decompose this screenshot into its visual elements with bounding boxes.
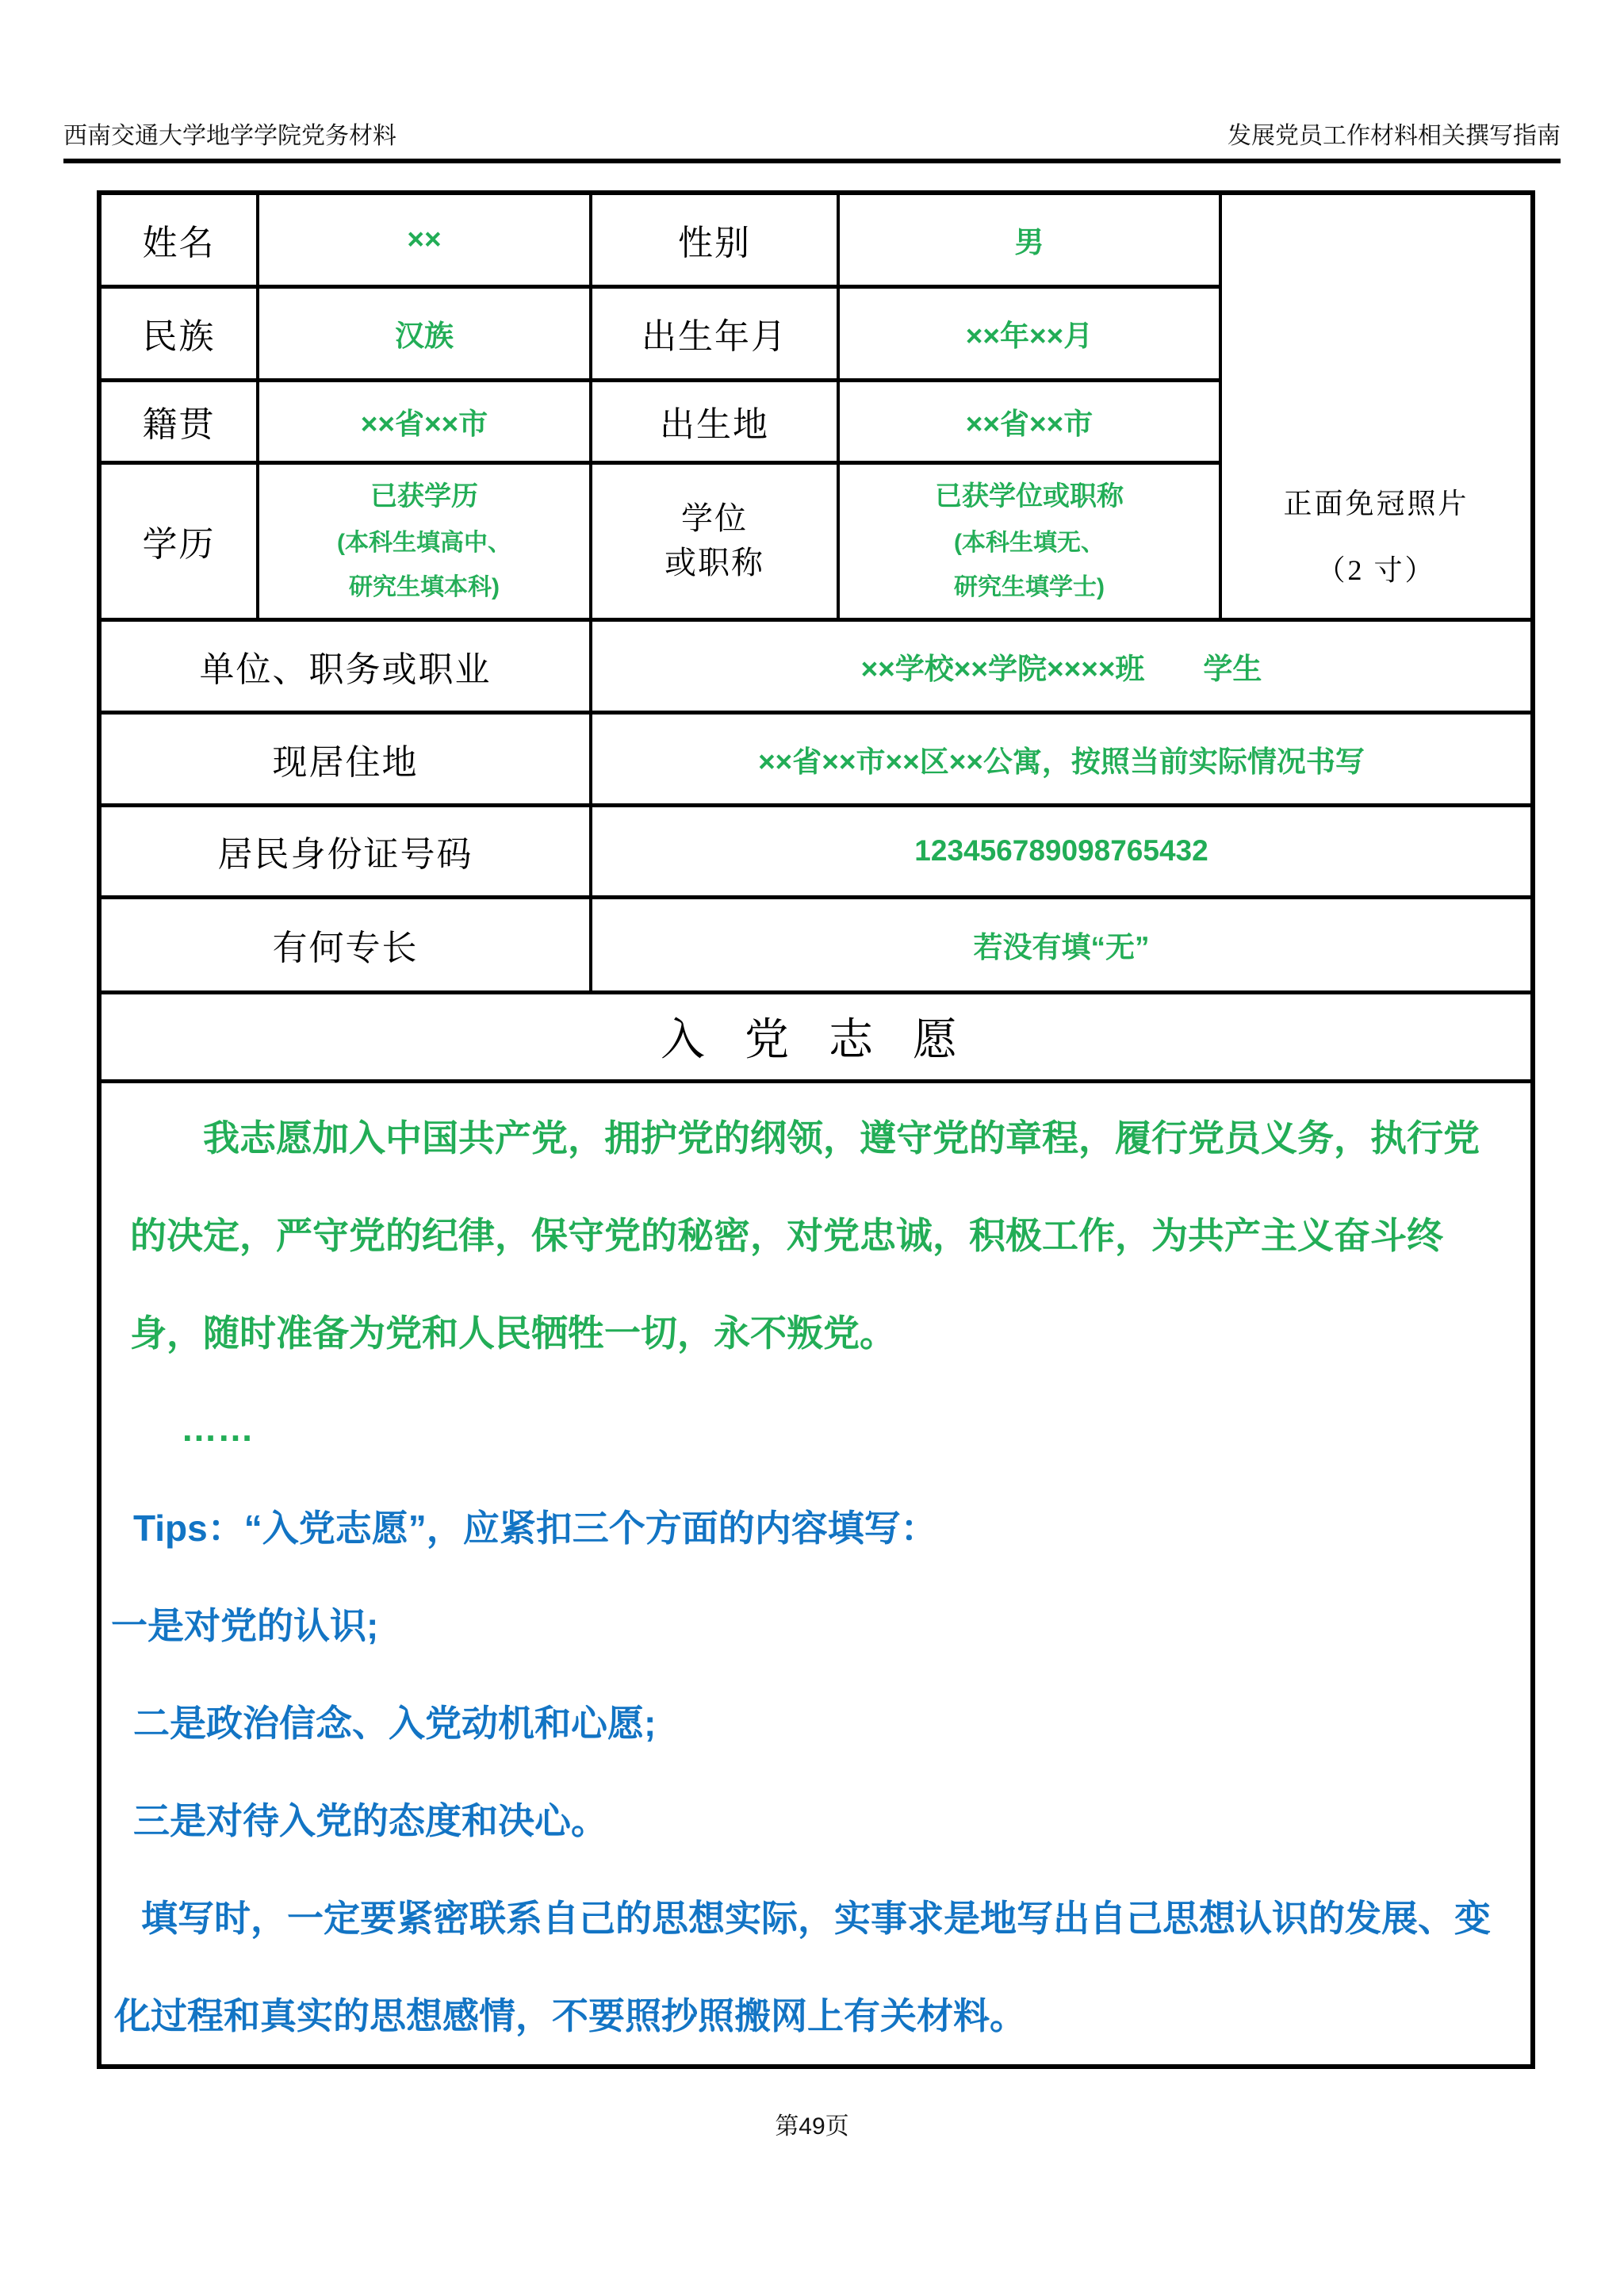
row-section-title: 入 党 志 愿 — [99, 992, 1533, 1081]
header-left-text: 西南交通大学地学学院党务材料 — [63, 121, 396, 152]
ethnicity-value: 汉族 — [258, 286, 591, 380]
tips-point-3: 三是对待入党的态度和决心。 — [130, 1769, 1530, 1867]
degree-title-value-note1: (本科生填无、 — [840, 521, 1219, 565]
membership-form-table: 姓名 ×× 性别 男 正面免冠照片 （2 寸） 民族 汉族 出生年月 ××年××… — [97, 190, 1535, 2069]
row-residence: 现居住地 ××省××市××区××公寓，按照当前实际情况书写 — [99, 712, 1533, 805]
row-id-number: 居民身份证号码 123456789098765432 — [99, 805, 1533, 897]
header-divider-rule — [63, 159, 1561, 163]
residence-label: 现居住地 — [99, 712, 591, 805]
section-title: 入 党 志 愿 — [99, 992, 1533, 1081]
photo-caption-line1: 正面免冠照片 — [1222, 470, 1530, 537]
page-number: 第49页 — [0, 2106, 1624, 2141]
occupation-label: 单位、职务或职业 — [99, 619, 591, 712]
education-value: 已获学历 (本科生填高中、 研究生填本科) — [258, 462, 591, 619]
occupation-value: ××学校××学院××××班 学生 — [591, 619, 1533, 712]
pledge-line-2: 的决定，严守党的纪律，保守党的秘密，对党忠诚，积极工作，为共产主义奋斗终 — [130, 1184, 1530, 1282]
native-place-label: 籍贯 — [99, 380, 258, 462]
photo-caption-line2: （2 寸） — [1222, 537, 1530, 603]
specialty-label: 有何专长 — [99, 897, 591, 992]
birthplace-value: ××省××市 — [838, 380, 1220, 462]
education-value-main: 已获学历 — [259, 472, 589, 521]
tips-point-1: 一是对党的认识; — [111, 1574, 1530, 1672]
native-place-value: ××省××市 — [258, 380, 591, 462]
photo-placeholder: 正面免冠照片 （2 寸） — [1220, 193, 1533, 619]
row-pledge-content: 我志愿加入中国共产党，拥护党的纲领，遵守党的章程，履行党员义务，执行党 的决定，… — [99, 1081, 1533, 2067]
id-number-label: 居民身份证号码 — [99, 805, 591, 897]
tips-advice-line-2: 化过程和真实的思想感情，不要照抄照搬网上有关材料。 — [114, 1964, 1530, 2062]
tips-point-2: 二是政治信念、入党动机和心愿; — [130, 1672, 1530, 1769]
name-label: 姓名 — [99, 193, 258, 286]
gender-value: 男 — [838, 193, 1220, 286]
gender-label: 性别 — [591, 193, 838, 286]
degree-title-value: 已获学位或职称 (本科生填无、 研究生填学士) — [838, 462, 1220, 619]
name-value: ×× — [258, 193, 591, 286]
birthdate-label: 出生年月 — [591, 286, 838, 380]
pledge-content: 我志愿加入中国共产党，拥护党的纲领，遵守党的章程，履行党员义务，执行党 的决定，… — [101, 1085, 1530, 2062]
document-page: { "colors": { "green": "#22ad56", "blue"… — [0, 0, 1624, 2295]
pledge-content-cell: 我志愿加入中国共产党，拥护党的纲领，遵守党的章程，履行党员义务，执行党 的决定，… — [99, 1081, 1533, 2067]
birthdate-value: ××年××月 — [838, 286, 1220, 380]
page-header: 西南交通大学地学学院党务材料 发展党员工作材料相关撰写指南 — [63, 121, 1561, 152]
tips-advice-line-1: 填写时，一定要紧密联系自己的思想实际，实事求是地写出自己思想认识的发展、变 — [130, 1867, 1530, 1964]
pledge-line-1: 我志愿加入中国共产党，拥护党的纲领，遵守党的章程，履行党员义务，执行党 — [130, 1086, 1530, 1184]
header-right-text: 发展党员工作材料相关撰写指南 — [1228, 121, 1561, 152]
pledge-line-3: 身，随时准备为党和人民牺牲一切，永不叛党。 — [130, 1282, 1530, 1379]
specialty-value: 若没有填“无” — [591, 897, 1533, 992]
ethnicity-label: 民族 — [99, 286, 258, 380]
birthplace-label: 出生地 — [591, 380, 838, 462]
degree-title-value-main: 已获学位或职称 — [840, 472, 1219, 521]
id-number-value: 123456789098765432 — [591, 805, 1533, 897]
ellipsis-line: …… — [130, 1379, 1530, 1477]
tips-intro-line: Tips：“入党志愿”，应紧扣三个方面的内容填写： — [130, 1477, 1530, 1574]
residence-value: ××省××市××区××公寓，按照当前实际情况书写 — [591, 712, 1533, 805]
education-value-note2: 研究生填本科) — [259, 565, 589, 610]
degree-title-value-note2: 研究生填学士) — [840, 565, 1219, 610]
degree-title-label: 学位 或职称 — [591, 462, 838, 619]
row-occupation: 单位、职务或职业 ××学校××学院××××班 学生 — [99, 619, 1533, 712]
degree-title-label-line1: 学位 — [592, 496, 837, 541]
education-value-note1: (本科生填高中、 — [259, 521, 589, 565]
degree-title-label-line2: 或职称 — [592, 541, 837, 585]
row-specialty: 有何专长 若没有填“无” — [99, 897, 1533, 992]
row-name-gender: 姓名 ×× 性别 男 正面免冠照片 （2 寸） — [99, 193, 1533, 286]
education-label: 学历 — [99, 462, 258, 619]
